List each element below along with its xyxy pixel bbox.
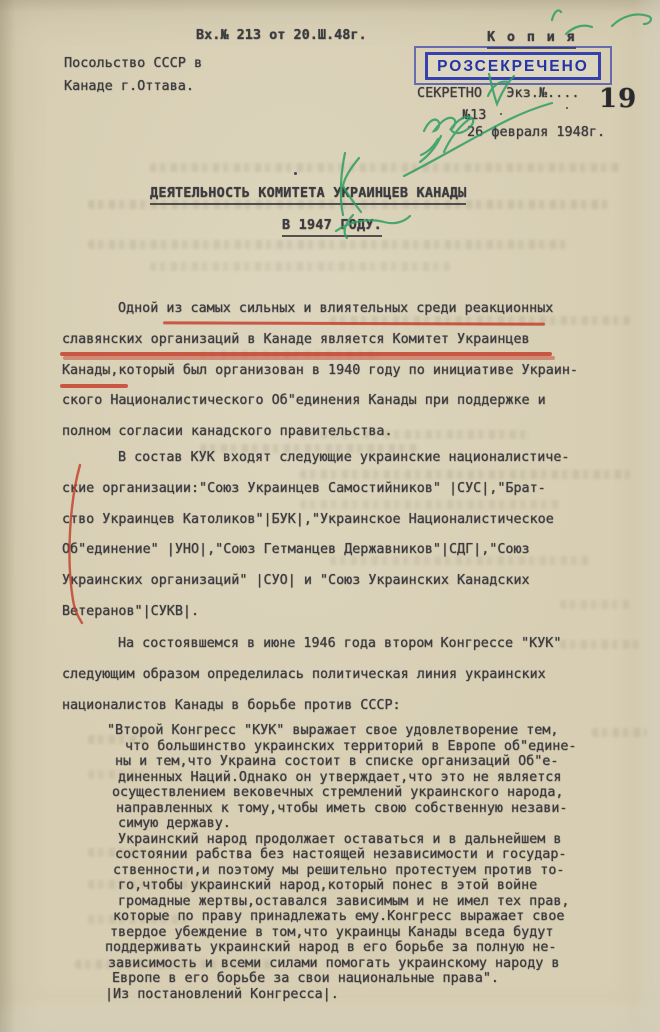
red-underline <box>60 352 552 356</box>
congress-resolution-quote: "Второй Конгресс "КУК" выражает свое удо… <box>105 723 605 1002</box>
bleedthrough-line <box>88 240 568 249</box>
quote-line: го,чтобы украинский народ,который понес … <box>118 878 605 894</box>
paragraph-3: На состоявшемся в июне 1946 года втором … <box>62 629 602 721</box>
ink-speck <box>566 107 568 109</box>
paragraph-line: следующим образом определилась политичес… <box>62 660 602 691</box>
paragraph-line: славянских организаций в Канаде является… <box>62 325 602 356</box>
paragraph-line: ские организации:"Союз Украинцев Самости… <box>62 474 602 505</box>
quote-line: которые по праву принадлежать ему.Конгре… <box>113 909 605 925</box>
scanned-document-page: Вх.№ 213 от 20.Ш.48г. К о п и я РОЗСЕКРЕ… <box>0 0 660 1032</box>
document-title-line-1: ДЕЯТЕЛЬНОСТЬ КОМИТЕТА УКРАИНЦЕВ КАНАДЫ <box>150 185 466 205</box>
document-number: №13 <box>462 107 486 123</box>
bleedthrough-line <box>150 163 620 172</box>
incoming-number: Вх.№ 213 от 20.Ш.48г. <box>196 27 367 43</box>
archive-page-number: 19 <box>599 84 637 114</box>
declassified-stamp-text: РОЗСЕКРЕЧЕНО <box>437 58 589 75</box>
green-handwriting-stroke <box>421 139 438 155</box>
declassified-stamp-frame: РОЗСЕКРЕЧЕНО <box>425 52 601 80</box>
paragraph-line: националистов Канады в борьбе против ССС… <box>62 691 602 722</box>
paragraph-line: В состав КУК входят следующие украинские… <box>62 443 602 474</box>
quote-line: зависимость и всеми силами помогать укра… <box>108 956 605 972</box>
quote-line: направленных к тому,чтобы иметь свою соб… <box>116 801 605 817</box>
quote-line: ственности,и поэтому мы решительно проте… <box>113 863 605 879</box>
red-underline <box>60 384 128 388</box>
paragraph-line: ского Националистического Об"единения Ка… <box>62 386 602 417</box>
green-handwriting-stroke <box>552 10 561 20</box>
paragraph-line: На состоявшемся в июне 1946 года втором … <box>62 629 602 660</box>
paragraph-1: Одной из самых сильных и влиятельных сре… <box>62 294 602 448</box>
paragraph-line: Одной из самых сильных и влиятельных сре… <box>62 294 602 325</box>
quote-line: симую державу. <box>118 816 605 832</box>
quote-line: Европе в его борьбе за свои национальные… <box>112 971 605 987</box>
document-title-line-2: В 1947 ГОДУ. <box>282 217 382 237</box>
paragraph-line: Канады,который был организован в 1940 го… <box>62 356 602 387</box>
secrecy-line: СЕКРЕТНО Экз.№.... <box>417 85 580 101</box>
quote-line: состоянии рабства без настоящей независи… <box>115 847 605 863</box>
paragraph-2: В состав КУК входят следующие украинские… <box>62 443 602 628</box>
declassified-stamp: РОЗСЕКРЕЧЕНО <box>414 46 612 85</box>
quote-line: ны и тем,что Украина состоит в списке ор… <box>115 754 605 770</box>
paragraph-line: Украинских организаций" |СУО| и "Союз Ук… <box>62 566 602 597</box>
sender-line-1: Посольство СССР в <box>64 55 202 71</box>
document-date: 26 февраля 1948г. <box>467 124 605 140</box>
quote-line: Украинский народ продолжает оставаться и… <box>118 832 605 848</box>
quote-line: "Второй Конгресс "КУК" выражает свое удо… <box>107 723 605 739</box>
paragraph-line: Об"единение" |УНО|,"Союз Гетманцев Держа… <box>62 535 602 566</box>
quote-line: |Из постановлений Конгресса|. <box>105 987 605 1003</box>
sender-line-2: Канаде г.Оттава. <box>64 78 194 94</box>
quote-line: поддерживать украинский народ в его борь… <box>105 940 605 956</box>
ink-speck <box>294 172 297 175</box>
quote-line: громадные жертвы,оставался зависимым и н… <box>118 894 605 910</box>
green-handwriting-stroke <box>420 136 441 162</box>
green-handwriting-stroke <box>612 14 651 26</box>
quote-line: твердое убеждение в том,что украинцы Кан… <box>110 925 605 941</box>
quote-line: что большинство украинских территорий в … <box>125 739 605 755</box>
quote-line: осуществлением вековечных стремлений укр… <box>112 785 605 801</box>
paragraph-line: ство Украинцев Католиков"|БУК|,"Украинск… <box>62 505 602 536</box>
ink-speck <box>500 113 502 115</box>
bleedthrough-line <box>150 262 450 271</box>
paragraph-line: Ветеранов"|СУКВ|. <box>62 597 602 628</box>
quote-line: диненных Наций.Однако он утверждает,что … <box>118 770 605 786</box>
